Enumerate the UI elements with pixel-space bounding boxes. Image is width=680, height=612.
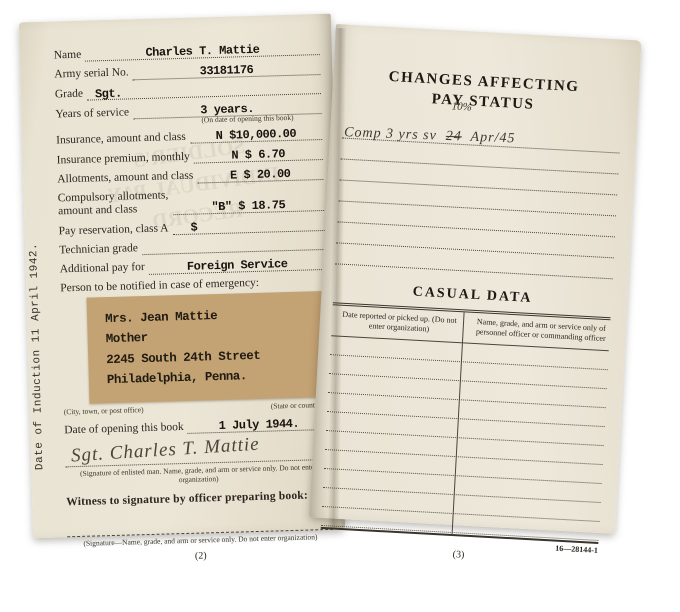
field-label: Insurance premium, monthly	[57, 150, 191, 167]
field-value: N $10,000.00	[216, 127, 297, 143]
field-additional-pay: Additional pay for Foreign Service	[60, 255, 326, 277]
field-serial: Army serial No. 33181176	[54, 60, 320, 82]
right-page: CHANGES AFFECTING PAY STATUS 10% Comp 3 …	[309, 24, 641, 534]
field-value: "B" $ 18.75	[211, 198, 285, 214]
field-insurance-amount: Insurance, amount and class N $10,000.00	[56, 125, 322, 147]
field-value: Sgt.	[95, 86, 122, 101]
field-value: Foreign Service	[187, 257, 288, 274]
field-compulsory-allotments: Compulsory allotments, amount and class …	[58, 185, 325, 219]
field-value: E $ 20.00	[230, 167, 291, 183]
field-label: Compulsory allotments, amount and class	[58, 189, 169, 219]
field-label: Insurance, amount and class	[56, 131, 186, 148]
field-date-of-opening: Date of opening this book 1 July 1944.	[64, 415, 330, 437]
field-name: Name Charles T. Mattie	[54, 40, 320, 62]
field-label: Years of service	[55, 106, 129, 121]
field-allotments: Allotments, amount and class E $ 20.00	[57, 165, 323, 187]
field-label: Additional pay for	[60, 261, 145, 277]
field-label: Pay reservation, class A	[59, 222, 169, 238]
pay-record-book-photo: SOLDIER'S INDIVIDUAL PAY RECORD Date of …	[0, 0, 680, 612]
handwriting-percent-note: 10%	[451, 100, 472, 113]
field-value: N $ 6.70	[231, 147, 285, 162]
field-value: 1 July 1944.	[219, 417, 300, 433]
field-label: Name	[54, 48, 82, 62]
left-page: SOLDIER'S INDIVIDUAL PAY RECORD Date of …	[19, 14, 345, 539]
field-value: 33181176	[199, 63, 253, 78]
field-label: Army serial No.	[54, 67, 129, 82]
field-technician-grade: Technician grade	[59, 236, 325, 257]
field-pay-reservation: Pay reservation, class A $	[58, 216, 324, 238]
field-label: Grade	[55, 88, 83, 102]
city-caption: (City, town, or post office)	[64, 405, 144, 416]
field-label: Technician grade	[59, 242, 138, 257]
field-insurance-premium: Insurance premium, monthly N $ 6.70	[57, 145, 323, 167]
casual-data-table: Date reported or picked up. (Do not ente…	[321, 302, 611, 544]
emergency-contact-sticker: Mrs. Jean Mattie Mother 2245 South 24th …	[87, 290, 350, 404]
field-grade: Grade Sgt.	[55, 80, 321, 102]
field-label: Date of opening this book	[64, 421, 184, 438]
left-page-number: (2)	[68, 547, 334, 565]
handwriting-struck-text: 24	[446, 128, 463, 144]
field-value: 3 years.	[200, 102, 254, 117]
induction-date-margin-note: Date of Induction 11 April 1942.	[24, 110, 46, 470]
field-value: $	[190, 221, 197, 235]
witness-label: Witness to signature by officer preparin…	[66, 489, 332, 508]
field-label: Allotments, amount and class	[57, 170, 193, 187]
field-value: Charles T. Mattie	[145, 43, 259, 60]
enlisted-signature: Sgt. Charles T. Mattie	[70, 434, 260, 468]
